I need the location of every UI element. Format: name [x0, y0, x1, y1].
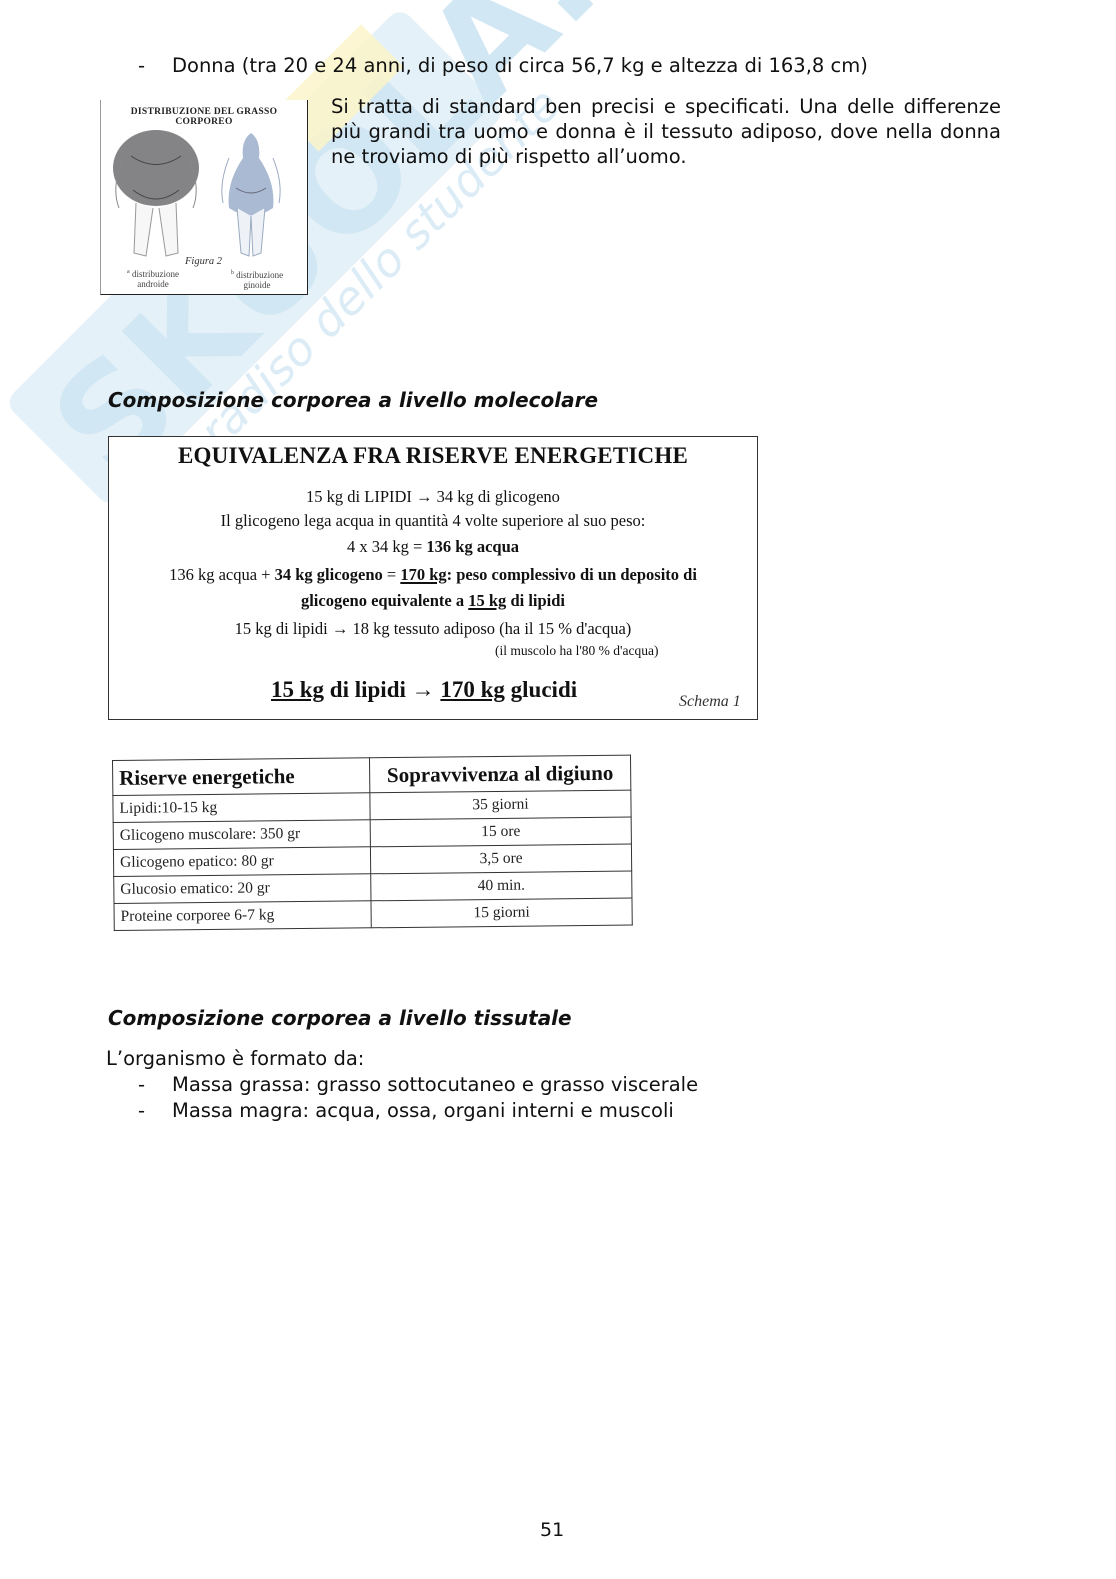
bullet-dash: - — [138, 53, 172, 79]
table-cell-survival: 3,5 ore — [370, 844, 631, 874]
label-gynoid-marker: b — [231, 270, 234, 276]
page-number: 51 — [540, 1519, 564, 1541]
table-cell-reserve: Proteine corporee 6-7 kg — [114, 901, 371, 931]
schema-final-b: di lipidi → — [324, 677, 440, 702]
schema-line-5: glicogeno equivalente a 15 kg di lipidi — [109, 591, 757, 611]
schema-line-4-e: : peso complessivo di un deposito di — [447, 565, 697, 584]
schema-line-4-b: 34 kg glicogeno — [275, 565, 383, 584]
table-cell-survival: 35 giorni — [370, 790, 631, 820]
figure-title: DISTRIBUZIONE DEL GRASSO CORPOREO — [101, 107, 307, 127]
bullet-dash: - — [138, 1098, 172, 1124]
android-figure — [113, 130, 199, 256]
schema-final-d: glucidi — [505, 677, 577, 702]
table-cell-survival: 15 giorni — [371, 898, 632, 928]
schema-line-1: 15 kg di LIPIDI → 34 kg di glicogeno — [109, 487, 757, 507]
schema-line-2: Il glicogeno lega acqua in quantità 4 vo… — [109, 511, 757, 531]
table-cell-survival: 40 min. — [371, 871, 632, 901]
bullet-donna: -Donna (tra 20 e 24 anni, di peso di cir… — [138, 53, 868, 79]
label-gynoid: b distribuzione ginoide — [217, 268, 297, 290]
body-silhouettes-illustration — [101, 128, 307, 263]
figure-caption: Figura 2 — [185, 256, 222, 267]
label-gynoid-line2: ginoide — [217, 280, 297, 290]
gynoid-figure — [222, 133, 280, 256]
table-cell-reserve: Glicogeno muscolare: 350 gr — [113, 820, 370, 850]
table-header-reserves: Riserve energetiche — [113, 758, 370, 796]
schema-energy-equivalence: EQUIVALENZA FRA RISERVE ENERGETICHE 15 k… — [108, 436, 758, 720]
table-cell-reserve: Glucosio ematico: 20 gr — [114, 874, 371, 904]
schema-line-5-b: 15 kg — [468, 591, 506, 610]
schema-final-c: 170 kg — [440, 677, 505, 702]
tissue-item-fat-mass: -Massa grassa: grasso sottocutaneo e gra… — [138, 1072, 698, 1098]
schema-title: EQUIVALENZA FRA RISERVE ENERGETICHE — [109, 443, 757, 469]
schema-line-3: 4 x 34 kg = 136 kg acqua — [109, 537, 757, 557]
bullet-dash: - — [138, 1072, 172, 1098]
bullet-text: Donna (tra 20 e 24 anni, di peso di circ… — [172, 54, 868, 77]
label-android-line2: androide — [115, 279, 191, 289]
tissue-item-lean-mass: -Massa magra: acqua, ossa, organi intern… — [138, 1098, 674, 1124]
figure-title-line1: DISTRIBUZIONE DEL GRASSO — [101, 107, 307, 117]
section-heading-molecular: Composizione corporea a livello molecola… — [108, 388, 598, 412]
label-android-marker: a — [127, 269, 130, 275]
schema-final-line: 15 kg di lipidi → 170 kg glucidi — [271, 677, 577, 703]
schema-tag: Schema 1 — [679, 693, 741, 711]
schema-line-7: (il muscolo ha l'80 % d'acqua) — [495, 643, 658, 659]
table-row: Proteine corporee 6-7 kg 15 giorni — [114, 898, 632, 930]
tissue-intro: L’organismo è formato da: — [106, 1046, 364, 1072]
table-cell-reserve: Lipidi:10-15 kg — [113, 793, 370, 823]
table-header-survival: Sopravvivenza al digiuno — [369, 755, 630, 793]
label-gynoid-line1: distribuzione — [236, 270, 283, 280]
schema-line-4-a: 136 kg acqua + — [169, 565, 275, 584]
figure-title-line2: CORPOREO — [101, 117, 307, 127]
figure-fat-distribution: DISTRIBUZIONE DEL GRASSO CORPOREO Figura… — [100, 100, 308, 295]
intro-paragraph: Si tratta di standard ben precisi e spec… — [331, 94, 1001, 169]
label-android: a distribuzione androide — [115, 267, 191, 289]
schema-line-4-c: = — [383, 565, 401, 584]
schema-line-5-c: di lipidi — [506, 591, 565, 610]
section-heading-tissue: Composizione corporea a livello tissutal… — [108, 1006, 572, 1030]
schema-line-6: 15 kg di lipidi → 18 kg tessuto adiposo … — [109, 619, 757, 639]
schema-line-5-a: glicogeno equivalente a — [301, 591, 468, 610]
schema-line-3-bold: 136 kg acqua — [426, 537, 519, 556]
bullet-text: Massa grassa: grasso sottocutaneo e gras… — [172, 1073, 698, 1096]
table-cell-survival: 15 ore — [370, 817, 631, 847]
reserve-energy-table: Riserve energetiche Sopravvivenza al dig… — [112, 755, 633, 931]
schema-line-4-d: 170 kg — [400, 565, 446, 584]
table-cell-reserve: Glicogeno epatico: 80 gr — [113, 847, 370, 877]
schema-line-4: 136 kg acqua + 34 kg glicogeno = 170 kg:… — [109, 565, 757, 585]
table-header-row: Riserve energetiche Sopravvivenza al dig… — [113, 755, 631, 795]
schema-final-a: 15 kg — [271, 677, 324, 702]
bullet-text: Massa magra: acqua, ossa, organi interni… — [172, 1099, 674, 1122]
label-android-line1: distribuzione — [132, 269, 179, 279]
schema-line-3-prefix: 4 x 34 kg = — [347, 537, 426, 556]
